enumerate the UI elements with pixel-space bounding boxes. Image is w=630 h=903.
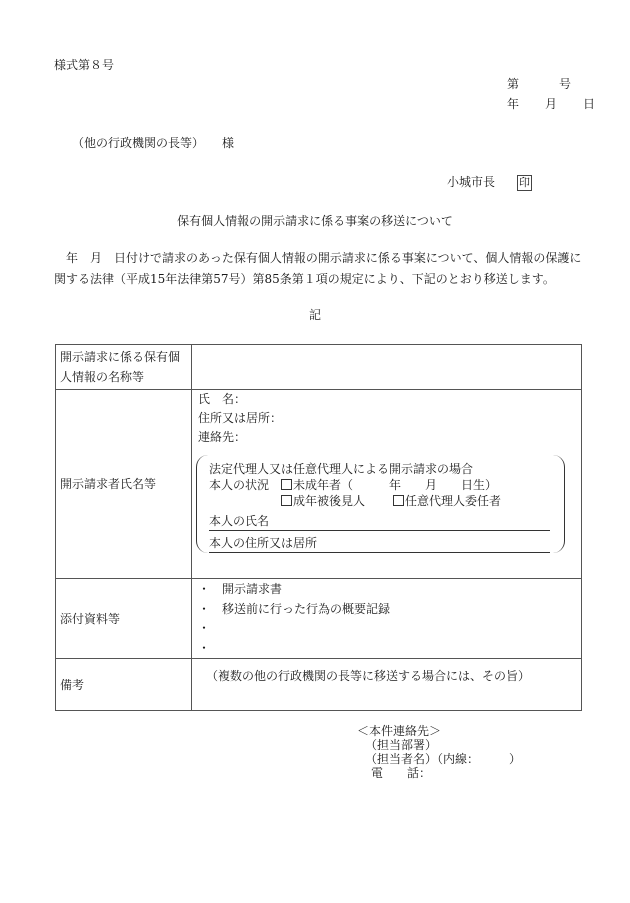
remarks-text: （複数の他の行政機関の長等に移送する場合には、その旨） <box>192 659 581 684</box>
proxy-heading: 法定代理人又は任意代理人による開示請求の場合 <box>209 461 552 477</box>
status-label: 本人の状況 <box>209 478 269 492</box>
doc-number-prefix: 第 <box>507 77 519 91</box>
option-minor-label: 未成年者（ 年 月 日生） <box>293 478 497 492</box>
value-info-name[interactable] <box>192 345 582 390</box>
principal-status-2: 成年被後見人任意代理人委任者 <box>209 493 552 509</box>
table-row-attachments: 添付資料等 ・開示請求書 ・移送前に行った行為の概要記録 ・ ・ <box>56 579 582 659</box>
table-row-remarks: 備考 （複数の他の行政機関の長等に移送する場合には、その旨） <box>56 659 582 711</box>
transfer-table: 開示請求に係る保有個人情報の名称等 開示請求者氏名等 氏 名： 住所又は居所： … <box>55 344 582 711</box>
sender-name: 小城市長 <box>447 175 495 189</box>
principal-name-line[interactable]: 本人の氏名 <box>209 513 550 531</box>
proxy-bracket: 法定代理人又は任意代理人による開示請求の場合 本人の状況 未成年者（ 年 月 日… <box>196 455 565 553</box>
field-contact[interactable]: 連絡先： <box>192 428 581 447</box>
contact-block: ＜本件連絡先＞ （担当部署） （担当者名）（内線： ） 電 話： <box>357 724 521 780</box>
document-date: 年月日 <box>507 95 595 112</box>
ki-heading: 記 <box>0 306 630 323</box>
checkbox-minor[interactable] <box>281 479 292 490</box>
attachment-item[interactable]: ・ <box>192 639 581 659</box>
value-requester: 氏 名： 住所又は居所： 連絡先： 法定代理人又は任意代理人による開示請求の場合… <box>192 390 582 579</box>
date-month: 月 <box>545 97 557 111</box>
contact-person: （担当者名） <box>365 752 437 766</box>
contact-heading: ＜本件連絡先＞ <box>357 724 521 738</box>
label-remarks: 備考 <box>56 659 192 711</box>
option-proxy-label: 任意代理人委任者 <box>405 494 501 508</box>
option-adult-ward-label: 成年被後見人 <box>293 494 365 508</box>
attachment-text: 移送前に行った行為の概要記録 <box>222 602 390 616</box>
field-name[interactable]: 氏 名： <box>192 390 581 409</box>
date-year: 年 <box>507 97 519 111</box>
contact-department: （担当部署） <box>357 738 521 752</box>
field-address[interactable]: 住所又は居所： <box>192 409 581 428</box>
body-text: 年 月 日付けで請求のあった保有個人情報の開示請求に係る事案について、個人情報の… <box>54 248 584 290</box>
checkbox-proxy[interactable] <box>393 495 404 506</box>
attachment-item: ・開示請求書 <box>192 580 581 600</box>
value-attachments: ・開示請求書 ・移送前に行った行為の概要記録 ・ ・ <box>192 579 582 659</box>
principal-address-line[interactable]: 本人の住所又は居所 <box>209 535 550 553</box>
addressee: （他の行政機関の長等）様 <box>72 134 234 151</box>
attachment-text: 開示請求書 <box>222 582 282 596</box>
principal-status: 本人の状況 未成年者（ 年 月 日生） <box>209 477 552 493</box>
sender: 小城市長印 <box>447 173 532 191</box>
contact-extension: （内線： ） <box>437 752 521 766</box>
attachment-item: ・移送前に行った行為の概要記録 <box>192 600 581 620</box>
addressee-name: （他の行政機関の長等） <box>72 136 204 150</box>
form-number: 様式第８号 <box>54 56 114 73</box>
seal-icon: 印 <box>517 175 532 191</box>
value-remarks[interactable]: （複数の他の行政機関の長等に移送する場合には、その旨） <box>192 659 582 711</box>
document-number: 第号 <box>507 75 571 92</box>
label-requester: 開示請求者氏名等 <box>56 390 192 579</box>
attachment-item[interactable]: ・ <box>192 619 581 639</box>
contact-person-line: （担当者名）（内線： ） <box>357 752 521 766</box>
label-attachments: 添付資料等 <box>56 579 192 659</box>
table-row-requester: 開示請求者氏名等 氏 名： 住所又は居所： 連絡先： 法定代理人又は任意代理人に… <box>56 390 582 579</box>
date-day: 日 <box>583 97 595 111</box>
label-info-name: 開示請求に係る保有個人情報の名称等 <box>56 345 192 390</box>
contact-phone: 電 話： <box>357 766 521 780</box>
checkbox-adult-ward[interactable] <box>281 495 292 506</box>
document-title: 保有個人情報の開示請求に係る事案の移送について <box>0 212 630 229</box>
table-row-info-name: 開示請求に係る保有個人情報の名称等 <box>56 345 582 390</box>
doc-number-suffix: 号 <box>559 77 571 91</box>
honorific: 様 <box>222 136 234 150</box>
